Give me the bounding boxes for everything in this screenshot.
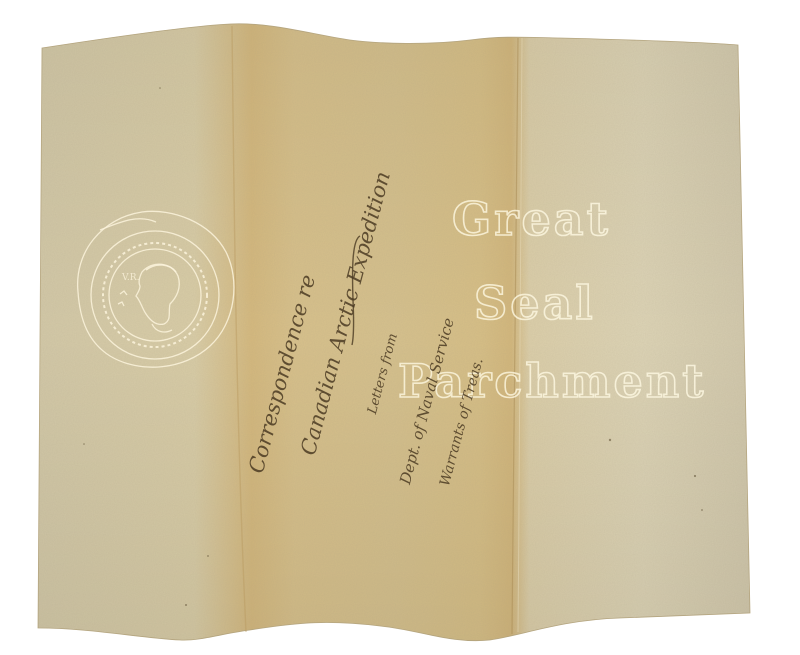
watermark-line-seal: Seal: [474, 280, 596, 326]
royal-seal-icon: V.R.: [60, 200, 250, 390]
watermark-line-great: Great: [452, 196, 611, 242]
photo-stage: V.R. Great Seal Parchment Correspondence…: [0, 0, 800, 655]
svg-text:V.R.: V.R.: [121, 273, 140, 283]
